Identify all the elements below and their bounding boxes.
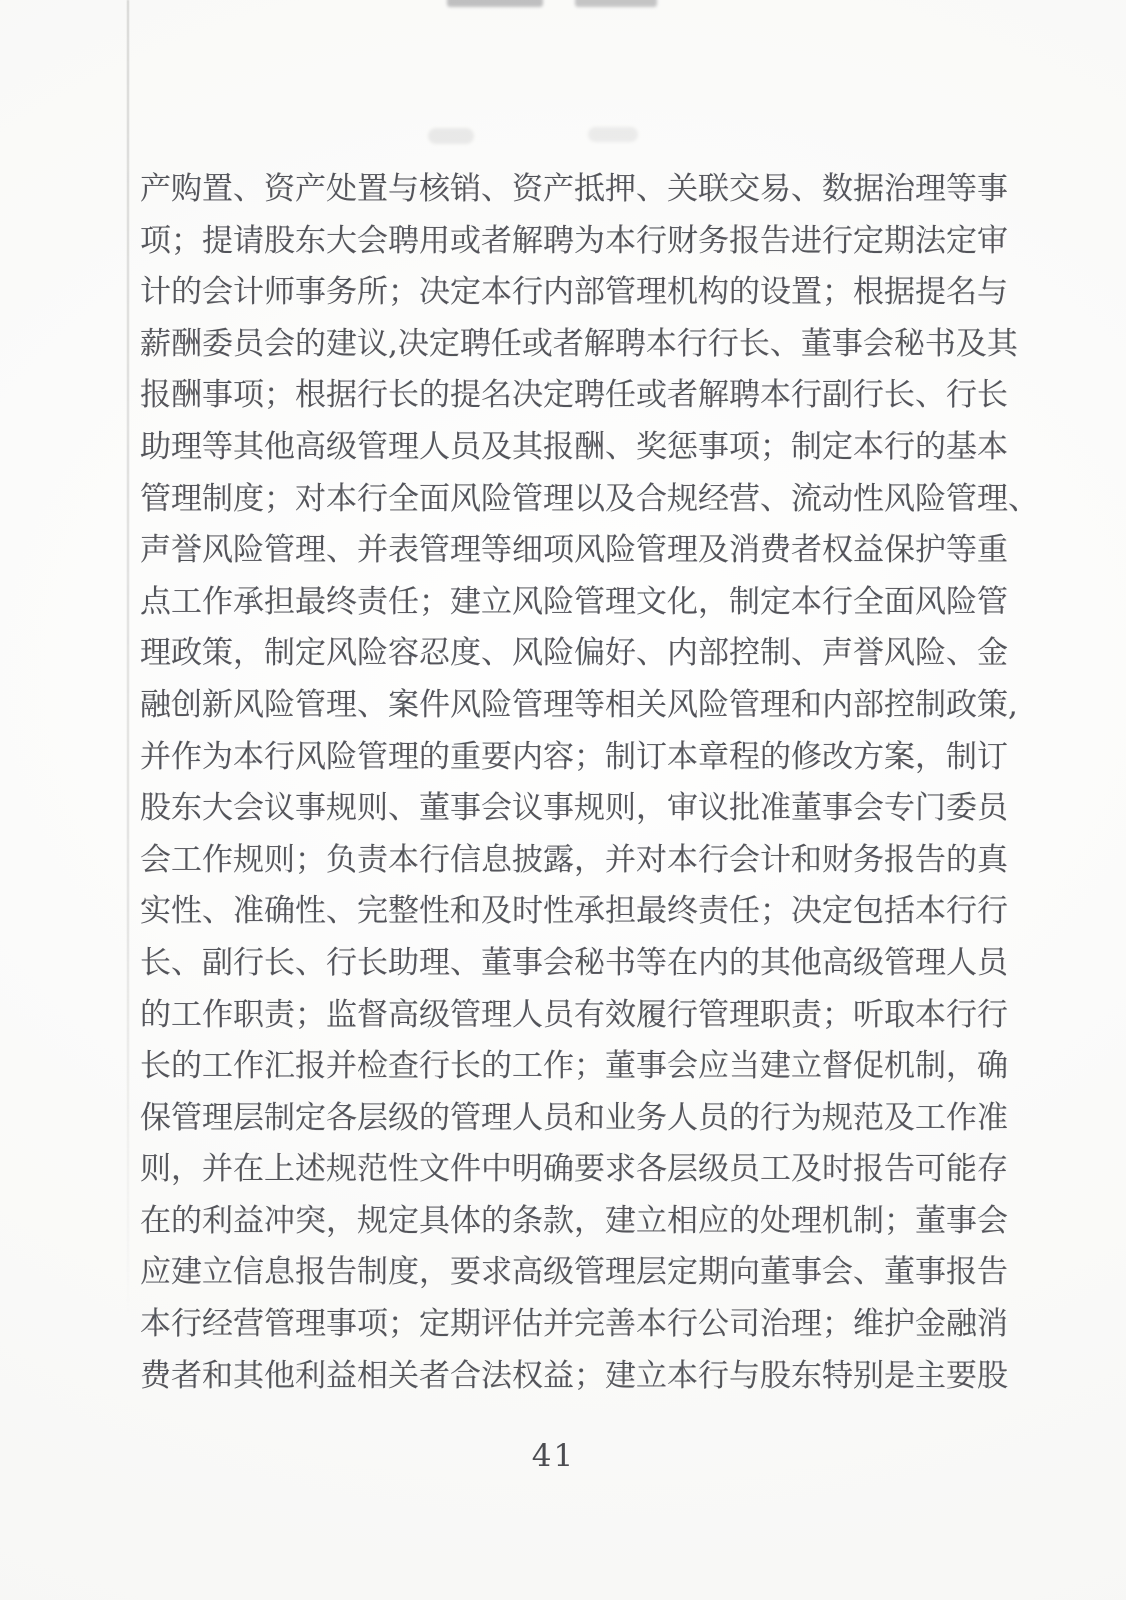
- text-line: 费者和其他利益相关者合法权益；建立本行与股东特别是主要股: [140, 1351, 967, 1403]
- text-line: 管理制度；对本行全面风险管理以及合规经营、流动性风险管理、: [140, 474, 967, 526]
- page-number: 41: [140, 1438, 967, 1474]
- text-line: 则，并在上述规范性文件中明确要求各层级员工及时报告可能存: [140, 1144, 967, 1196]
- text-line: 产购置、资产处置与核销、资产抵押、关联交易、数据治理等事: [140, 164, 967, 216]
- text-line: 薪酬委员会的建议,决定聘任或者解聘本行行长、董事会秘书及其: [140, 319, 967, 371]
- bleedthrough-mark: [447, 0, 543, 7]
- text-line: 的工作职责；监督高级管理人员有效履行管理职责；听取本行行: [140, 990, 967, 1042]
- document-page: 产购置、资产处置与核销、资产抵押、关联交易、数据治理等事 项；提请股东大会聘用或…: [0, 0, 1126, 1600]
- body-text-block: 产购置、资产处置与核销、资产抵押、关联交易、数据治理等事 项；提请股东大会聘用或…: [140, 164, 967, 1402]
- text-line: 长的工作汇报并检查行长的工作；董事会应当建立督促机制，确: [140, 1041, 967, 1093]
- text-line: 声誉风险管理、并表管理等细项风险管理及消费者权益保护等重: [140, 525, 967, 577]
- bleedthrough-mark: [575, 0, 657, 7]
- text-line: 理政策，制定风险容忍度、风险偏好、内部控制、声誉风险、金: [140, 628, 967, 680]
- text-line: 股东大会议事规则、董事会议事规则，审议批准董事会专门委员: [140, 783, 967, 835]
- scan-fold-line: [127, 0, 129, 1320]
- text-line: 项；提请股东大会聘用或者解聘为本行财务报告进行定期法定审: [140, 216, 967, 268]
- text-line: 在的利益冲突，规定具体的条款，建立相应的处理机制；董事会: [140, 1196, 967, 1248]
- text-line: 计的会计师事务所；决定本行内部管理机构的设置；根据提名与: [140, 267, 967, 319]
- text-line: 助理等其他高级管理人员及其报酬、奖惩事项；制定本行的基本: [140, 422, 967, 474]
- text-line: 会工作规则；负责本行信息披露，并对本行会计和财务报告的真: [140, 835, 967, 887]
- text-line: 应建立信息报告制度，要求高级管理层定期向董事会、董事报告: [140, 1247, 967, 1299]
- text-line: 长、副行长、行长助理、董事会秘书等在内的其他高级管理人员: [140, 938, 967, 990]
- text-line: 实性、准确性、完整性和及时性承担最终责任；决定包括本行行: [140, 886, 967, 938]
- bleedthrough-mark: [588, 127, 638, 142]
- text-line: 融创新风险管理、案件风险管理等相关风险管理和内部控制政策,: [140, 680, 967, 732]
- bleedthrough-mark: [428, 128, 474, 144]
- text-line: 点工作承担最终责任；建立风险管理文化，制定本行全面风险管: [140, 577, 967, 629]
- text-line: 本行经营管理事项；定期评估并完善本行公司治理；维护金融消: [140, 1299, 967, 1351]
- text-line: 并作为本行风险管理的重要内容；制订本章程的修改方案，制订: [140, 732, 967, 784]
- text-line: 保管理层制定各层级的管理人员和业务人员的行为规范及工作准: [140, 1093, 967, 1145]
- text-line: 报酬事项；根据行长的提名决定聘任或者解聘本行副行长、行长: [140, 370, 967, 422]
